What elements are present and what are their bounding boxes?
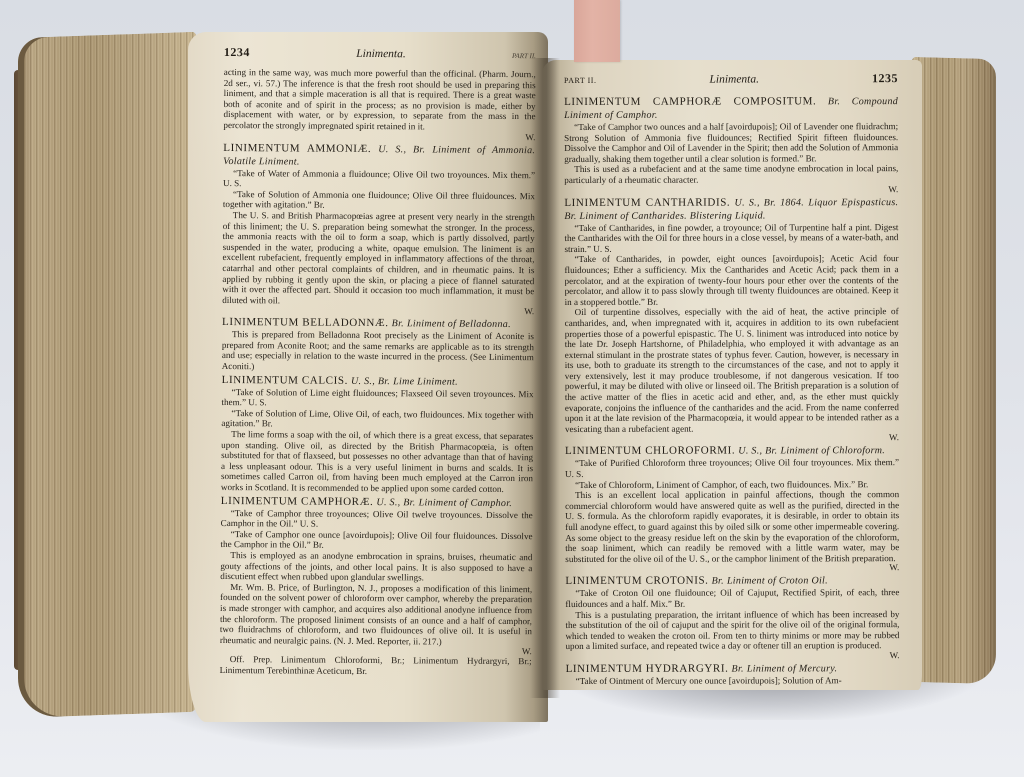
bookmark-ribbon	[574, 0, 620, 62]
left-running-head: 1234 Linimenta. PART II.	[224, 45, 536, 69]
body-paragraph: Oil of turpentine dissolves, especially …	[565, 306, 899, 434]
entry-common-name: Liniment of Croton Oil.	[727, 576, 828, 587]
entry-common-name: Liniment of Belladonna.	[407, 319, 511, 331]
body-paragraph: Off. Prep. Linimentum Chloroformi, Br.; …	[220, 654, 532, 677]
right-running-head: PART II. Linimenta. 1235	[564, 71, 898, 94]
body-paragraph: “Take of Ointment of Mercury one ounce […	[566, 675, 900, 686]
right-page-body: LINIMENTUM CAMPHORÆ COMPOSITUM. Br. Comp…	[564, 95, 900, 686]
body-paragraph: “Take of Croton Oil one fluidounce; Oil …	[565, 587, 899, 609]
entry-heading: LINIMENTUM CHLOROFORMI. U. S., Br. Linim…	[565, 445, 899, 459]
left-page-body: acting in the same way, was much more po…	[220, 67, 536, 678]
entry-heading: LINIMENTUM CROTONIS. Br. Liniment of Cro…	[565, 574, 899, 588]
entry-title: LINIMENTUM CALCIS.	[222, 374, 348, 387]
page-number-right: 1235	[872, 71, 898, 86]
author-initial: W.	[222, 305, 534, 316]
left-page: 1234 Linimenta. PART II. acting in the s…	[188, 32, 548, 722]
photo-scene: 1234 Linimenta. PART II. acting in the s…	[0, 0, 1024, 777]
entry-pharmacopoeia: U. S., Br. 1864.	[735, 197, 805, 208]
entry-pharmacopoeia: Br.	[392, 318, 404, 329]
body-paragraph: “Take of Solution of Ammonia one fluidou…	[223, 189, 535, 212]
entry-pharmacopoeia: U. S., Br.	[378, 144, 425, 155]
author-initial: W.	[564, 185, 898, 195]
entry-heading: LINIMENTUM CANTHARIDIS. U. S., Br. 1864.…	[564, 196, 898, 223]
running-title-right: Linimenta.	[709, 73, 759, 85]
part-label-left: PART II.	[512, 52, 536, 60]
body-paragraph: “Take of Camphor one ounce [avoirdupois]…	[220, 529, 532, 552]
body-paragraph: “Take of Cantharides, in fine powder, a …	[564, 222, 898, 255]
entry-heading: LINIMENTUM AMMONIÆ. U. S., Br. Liniment …	[223, 142, 535, 170]
entry-pharmacopoeia: Br.	[712, 576, 724, 587]
entry-title: LINIMENTUM BELLADONNÆ.	[222, 316, 389, 329]
entry-pharmacopoeia: U. S., Br.	[351, 376, 390, 387]
body-paragraph: “Take of Solution of Lime, Olive Oil, of…	[221, 408, 533, 431]
entry-title: LINIMENTUM CAMPHORÆ COMPOSITUM.	[564, 95, 816, 108]
part-label-right: PART II.	[564, 76, 596, 85]
body-paragraph: Mr. Wm. B. Price, of Burlington, N. J., …	[220, 582, 532, 648]
entry-pharmacopoeia: U. S., Br.	[738, 446, 777, 457]
body-paragraph: This is a pustulating preparation, the i…	[565, 609, 899, 652]
page-block-edge-right	[912, 57, 996, 684]
author-initial: W.	[566, 651, 900, 661]
page-block-edge-left	[18, 32, 196, 718]
body-paragraph: “Take of Camphor three troyounces; Olive…	[221, 508, 533, 531]
body-paragraph: acting in the same way, was much more po…	[223, 67, 535, 133]
author-initial: W.	[565, 434, 899, 444]
body-paragraph: “Take of Solution of Lime eight fluidoun…	[221, 387, 533, 410]
entry-common-name: Liniment of Chloroform.	[780, 446, 885, 457]
entry-common-name: Liniment of Mercury.	[747, 663, 837, 674]
body-paragraph: “Take of Camphor two ounces and a half […	[564, 121, 898, 164]
body-paragraph: This is employed as an anodyne embrocati…	[220, 550, 532, 584]
author-initial: W.	[565, 563, 899, 573]
entry-title: LINIMENTUM HYDRARGYRI.	[566, 663, 729, 675]
body-paragraph: This is an excellent local application i…	[565, 489, 899, 564]
entry-heading: LINIMENTUM HYDRARGYRI. Br. Liniment of M…	[566, 662, 900, 676]
body-paragraph: This is used as a rubefacient and at the…	[564, 164, 898, 186]
entry-pharmacopoeia: U. S., Br.	[376, 497, 415, 508]
entry-pharmacopoeia: Br.	[828, 96, 840, 107]
body-paragraph: The lime forms a soap with the oil, of w…	[221, 429, 533, 495]
right-page: PART II. Linimenta. 1235 LINIMENTUM CAMP…	[542, 60, 922, 690]
entry-heading: LINIMENTUM CAMPHORÆ COMPOSITUM. Br. Comp…	[564, 95, 898, 122]
body-paragraph: This is prepared from Belladonna Root pr…	[222, 329, 534, 374]
running-title-left: Linimenta.	[356, 48, 406, 60]
author-initial: W.	[223, 131, 535, 142]
page-number-left: 1234	[224, 45, 250, 60]
entry-title: LINIMENTUM CAMPHORÆ.	[221, 495, 374, 508]
entry-title: LINIMENTUM CROTONIS.	[565, 575, 708, 587]
body-paragraph: The U. S. and British Pharmacopœias agre…	[222, 210, 535, 308]
entry-title: LINIMENTUM AMMONIÆ.	[223, 142, 371, 155]
entry-title: LINIMENTUM CHLOROFORMI.	[565, 445, 735, 457]
body-paragraph: “Take of Water of Ammonia a fluidounce; …	[223, 168, 535, 191]
entry-pharmacopoeia: Br.	[732, 663, 744, 674]
entry-common-name: Liniment of Camphor.	[419, 497, 513, 509]
entry-title: LINIMENTUM CANTHARIDIS.	[564, 196, 730, 208]
entry-common-name: Lime Liniment.	[393, 376, 458, 387]
body-paragraph: “Take of Purified Chloroform three troyo…	[565, 458, 899, 480]
body-paragraph: “Take of Cantharides, in powder, eight o…	[564, 253, 898, 307]
